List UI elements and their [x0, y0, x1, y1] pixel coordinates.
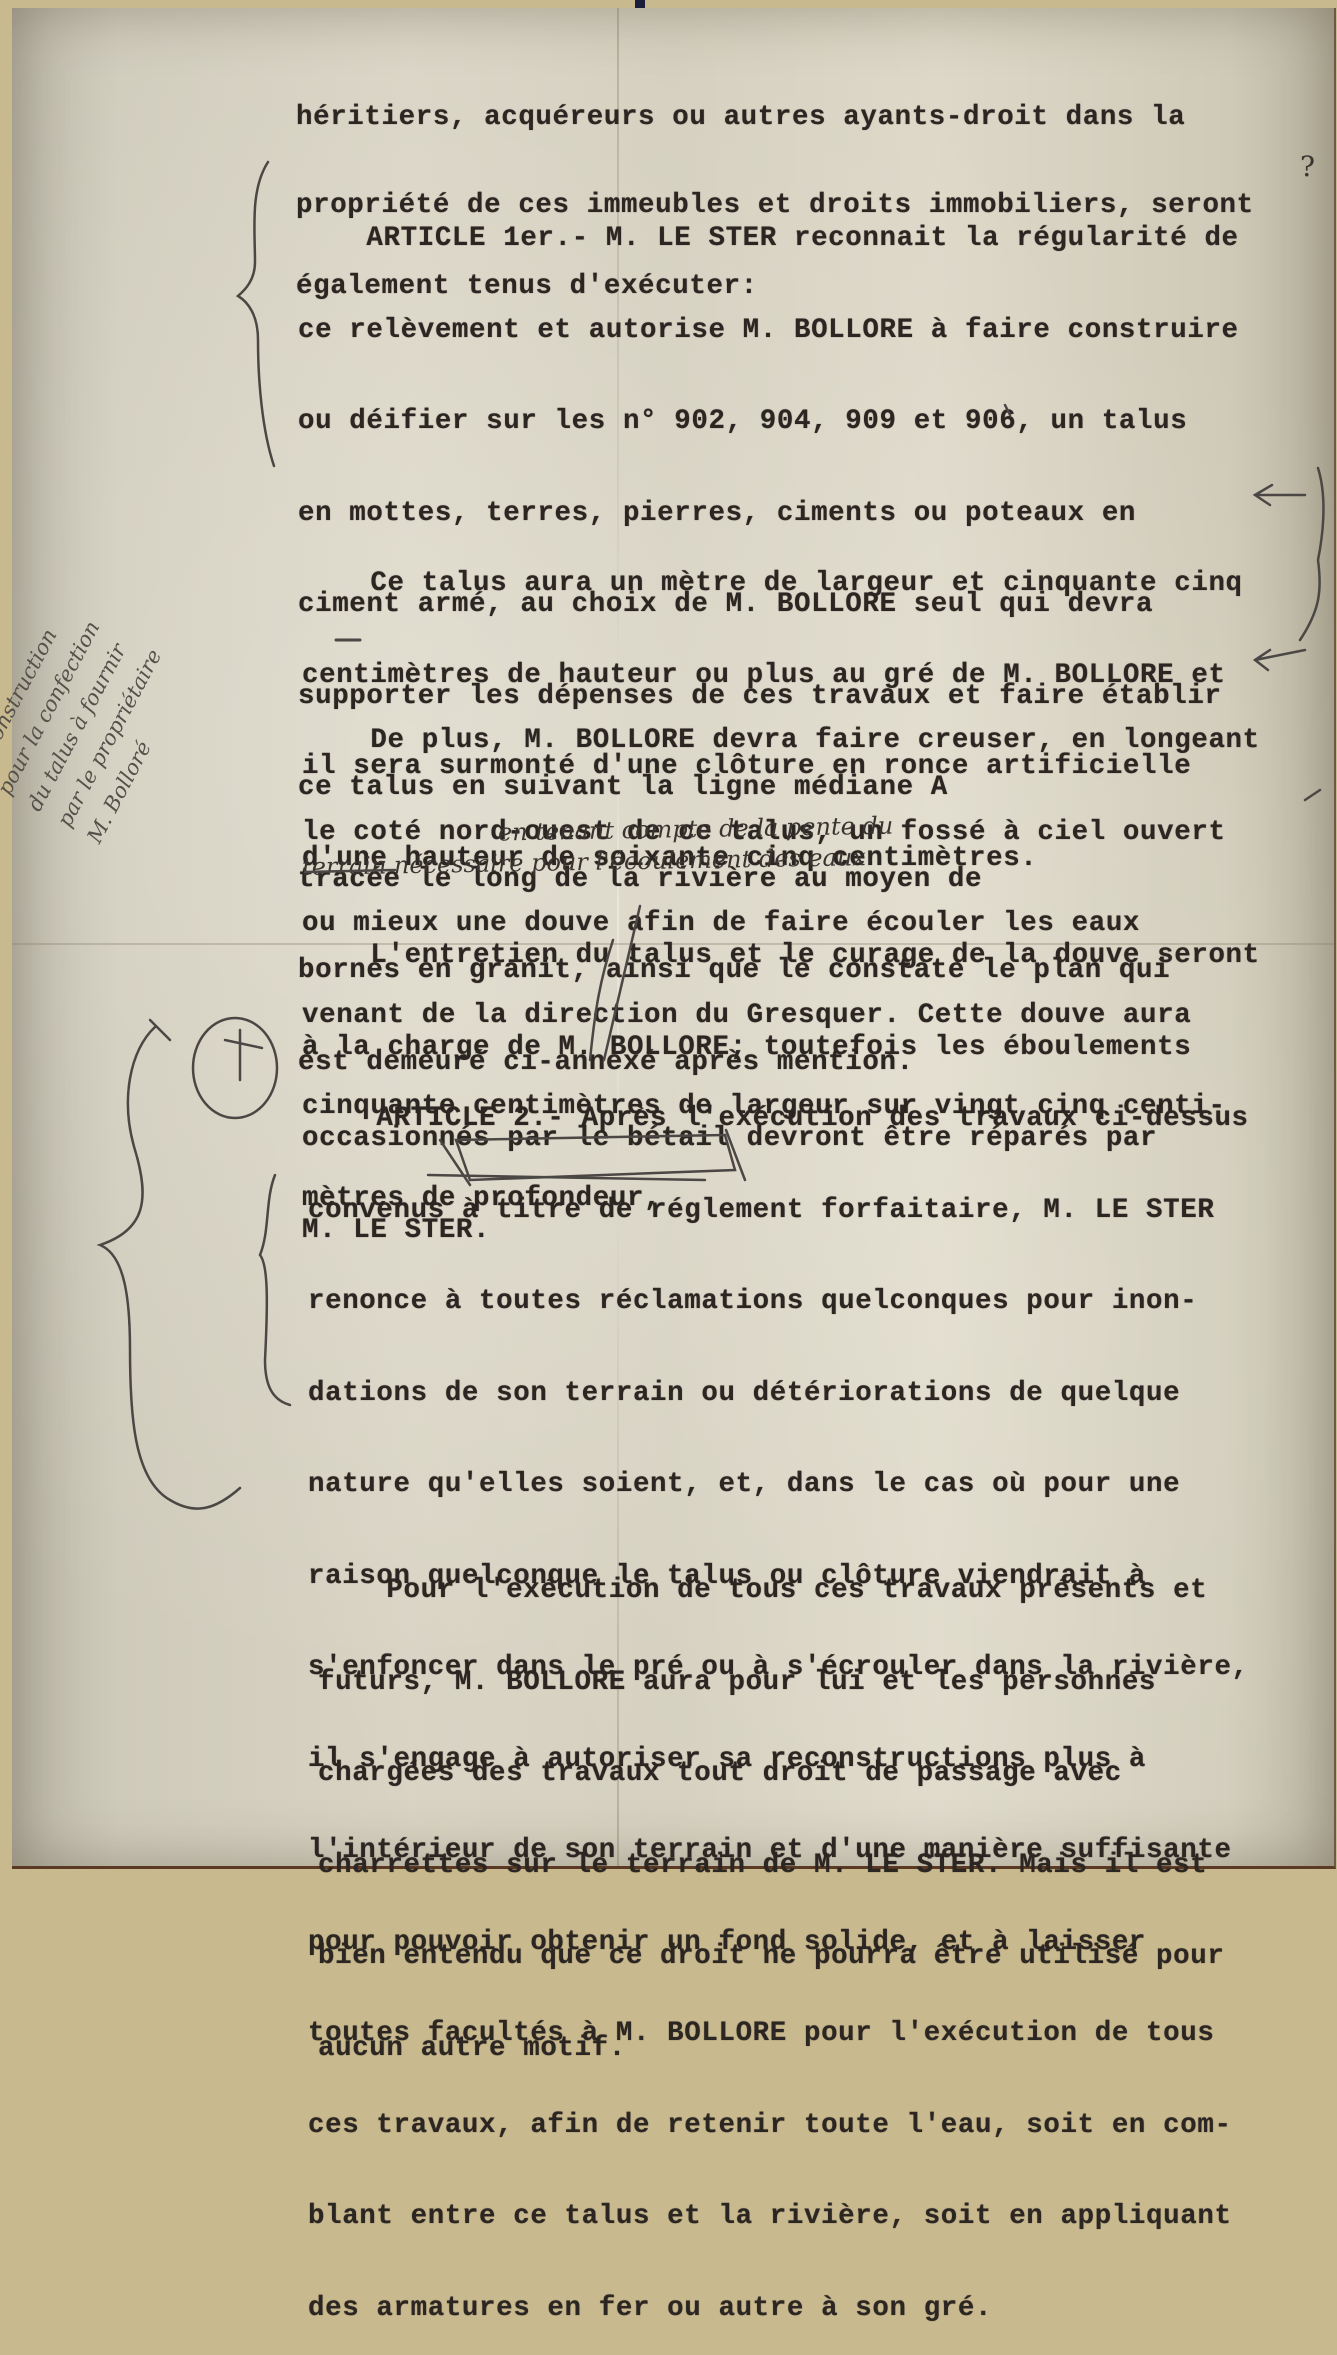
text-line: De plus, M. BOLLORE devra faire creuser,… [302, 726, 1260, 757]
text-line: ce relèvement et autorise M. BOLLORE à f… [298, 316, 1239, 347]
text-line: héritiers, acquéreurs ou autres ayants-d… [296, 103, 1254, 134]
text-line: L'entretien du talus et le curage de la … [302, 941, 1260, 972]
text-line: chargées des travaux tout droit de passa… [318, 1759, 1224, 1790]
text-line: Ce talus aura un mètre de largeur et cin… [302, 569, 1243, 600]
text-line: Pour l'exécution de tous ces travaux pré… [318, 1576, 1224, 1607]
text-line: futurs, M. BOLLORE aura pour lui et les … [318, 1668, 1224, 1699]
text-line: renonce à toutes réclamations quelconque… [308, 1287, 1249, 1318]
text-line: ARTICLE 1er.- M. LE STER reconnait la ré… [298, 224, 1239, 255]
text-line: nature qu'elles soient, et, dans le cas … [308, 1470, 1249, 1501]
text-line: dations de son terrain ou détériorations… [308, 1379, 1249, 1410]
text-line: ARTICLE 2.- Après l'exécution des travau… [308, 1104, 1249, 1135]
text-line: convenus à titre de réglement forfaitair… [308, 1196, 1249, 1227]
text-line: ou déifier sur les n° 902, 904, 909 et 9… [298, 407, 1239, 438]
page-top-clip-mark [635, 0, 645, 8]
paragraph-passage: Pour l'exécution de tous ces travaux pré… [318, 1515, 1224, 1878]
text-line: charrettes sur le terrain de M. LE STER.… [318, 1851, 1224, 1879]
question-mark-annotation: ? [1300, 150, 1315, 183]
